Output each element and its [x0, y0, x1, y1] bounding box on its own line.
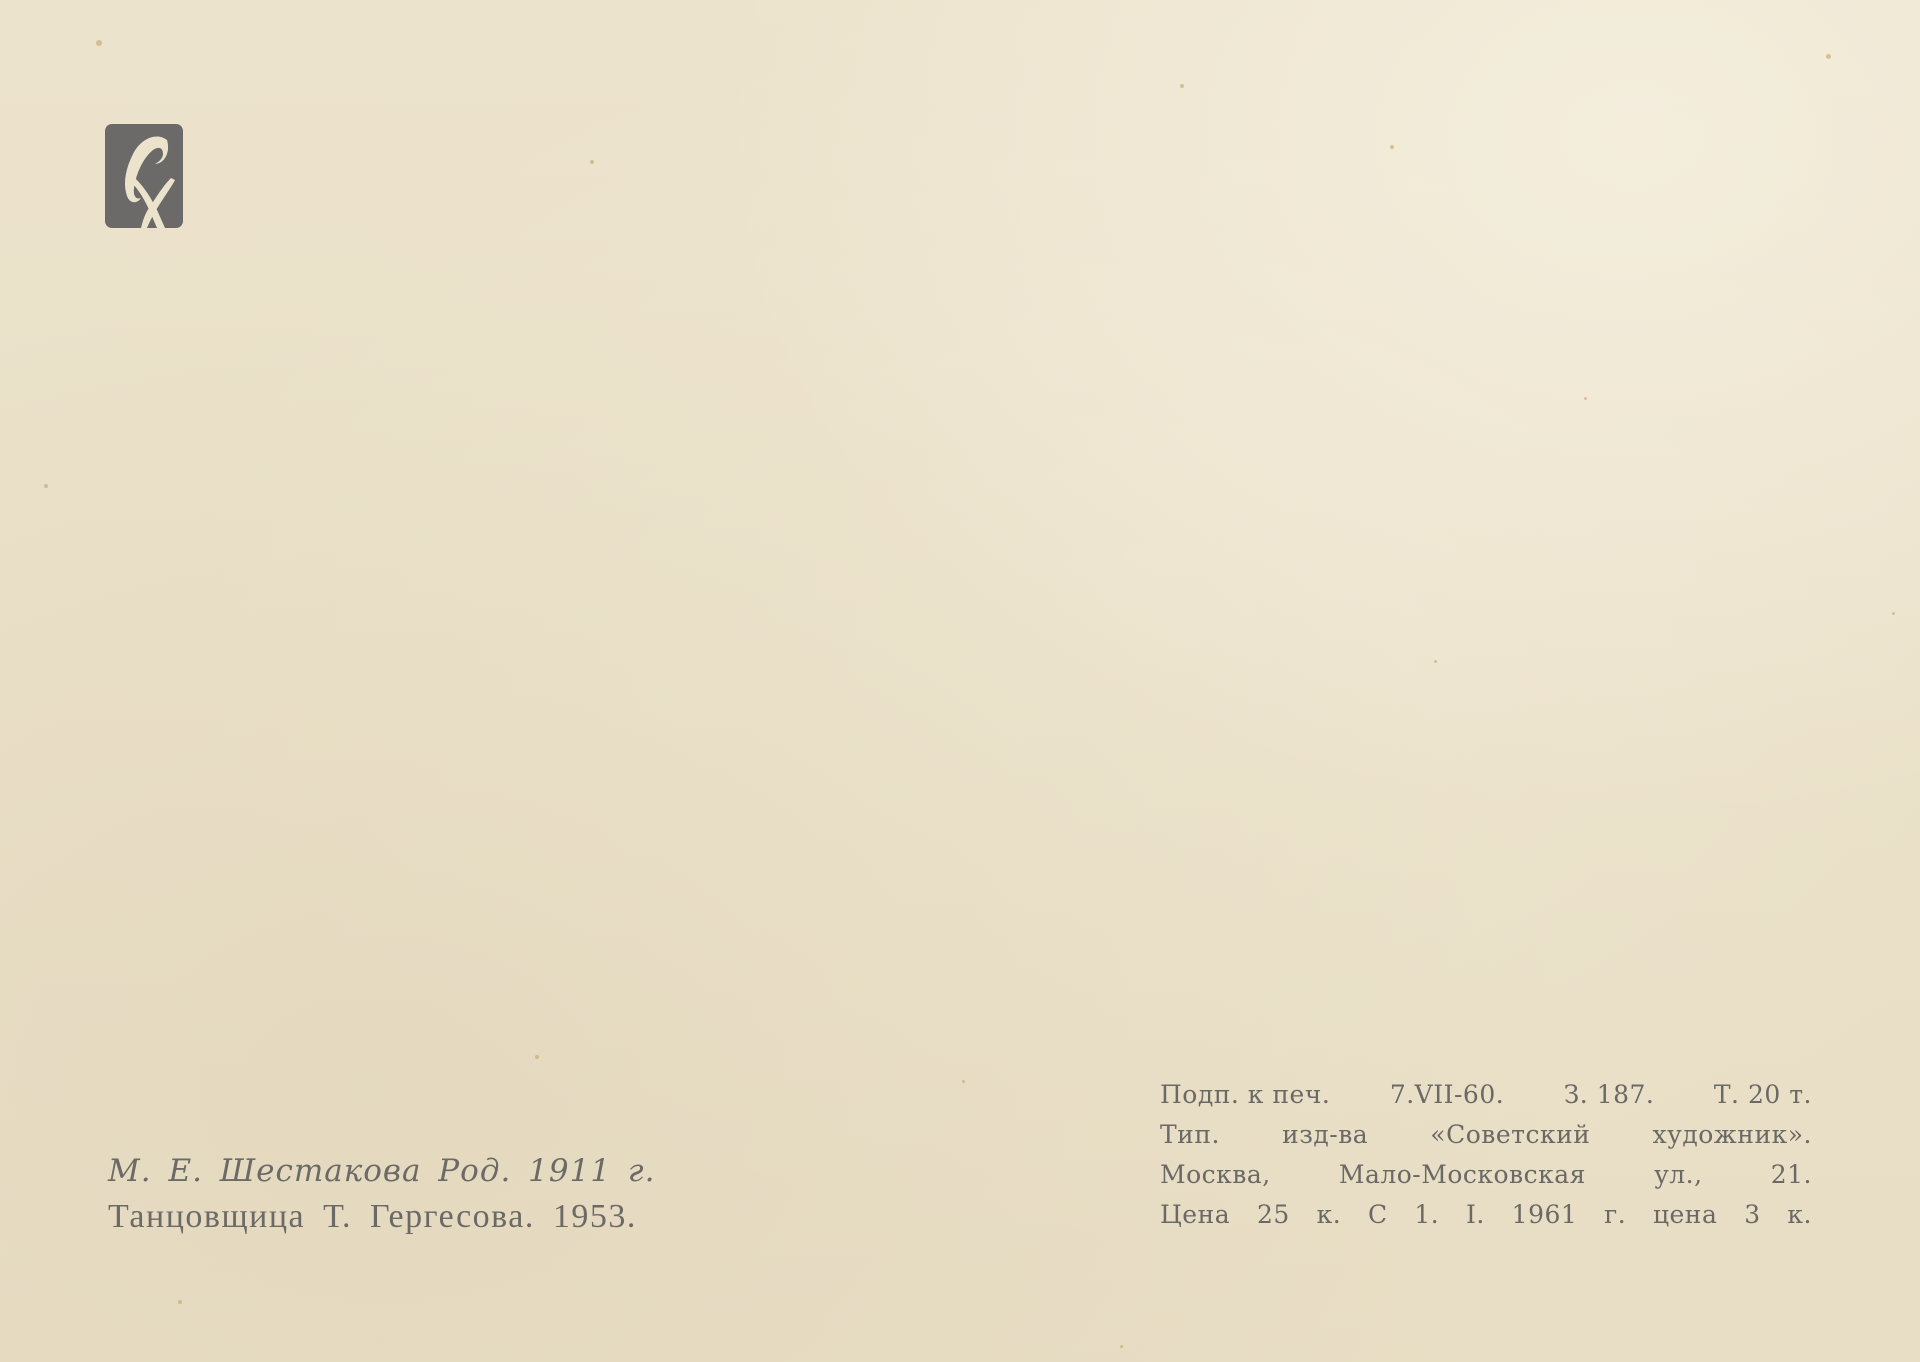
imprint-word: 7.VII-60. [1390, 1075, 1504, 1115]
paper-speck [535, 1055, 539, 1059]
paper-speck [1390, 145, 1394, 149]
imprint-line-address: Москва, Мало-Московская ул., 21. [1160, 1155, 1812, 1195]
imprint-word: изд-ва [1282, 1115, 1368, 1155]
imprint-word: 3 [1744, 1195, 1760, 1235]
imprint-word: 21. [1771, 1155, 1812, 1195]
artwork-title-and-year: Танцовщица Т. Гергесова. 1953. [108, 1194, 655, 1240]
imprint-word: 25 [1257, 1195, 1290, 1235]
imprint-word: г. [1604, 1195, 1626, 1235]
paper-speck [1120, 1345, 1123, 1348]
publisher-monogram-sx-icon [105, 124, 183, 228]
imprint-word: Мало-Московская [1339, 1155, 1586, 1195]
printing-imprint: Подп. к печ. 7.VII-60. З. 187. Т. 20 т. … [1160, 1075, 1812, 1235]
imprint-line-printer: Тип. изд-ва «Советский художник». [1160, 1115, 1812, 1155]
paper-speck [1584, 397, 1587, 400]
imprint-word: Цена [1160, 1195, 1230, 1235]
imprint-line-print-date: Подп. к печ. 7.VII-60. З. 187. Т. 20 т. [1160, 1075, 1812, 1115]
imprint-word: Тип. [1160, 1115, 1220, 1155]
paper-speck [178, 1300, 182, 1304]
imprint-word: 1. [1414, 1195, 1439, 1235]
imprint-word: С [1368, 1195, 1388, 1235]
imprint-word: к. [1787, 1195, 1812, 1235]
imprint-word: 1961 [1512, 1195, 1578, 1235]
imprint-line-price: Цена 25 к. С 1. I. 1961 г. цена 3 к. [1160, 1195, 1812, 1235]
imprint-word: Подп. к печ. [1160, 1075, 1330, 1115]
postcard-back: М. Е. Шестакова Род. 1911 г. Танцовщица … [0, 0, 1920, 1362]
paper-speck [1826, 54, 1831, 59]
imprint-word: к. [1317, 1195, 1342, 1235]
imprint-word: I. [1466, 1195, 1485, 1235]
imprint-word: Т. 20 т. [1714, 1075, 1812, 1115]
paper-speck [1180, 84, 1184, 88]
artwork-caption: М. Е. Шестакова Род. 1911 г. Танцовщица … [108, 1148, 655, 1240]
imprint-word: цена [1653, 1195, 1717, 1235]
paper-speck [1434, 660, 1437, 663]
imprint-word: «Советский [1430, 1115, 1590, 1155]
paper-speck [962, 1080, 965, 1083]
imprint-word: Москва, [1160, 1155, 1271, 1195]
paper-speck [590, 160, 594, 164]
paper-speck [1892, 612, 1895, 615]
artist-name-and-birth-year: М. Е. Шестакова Род. 1911 г. [108, 1148, 655, 1194]
imprint-word: ул., [1654, 1155, 1702, 1195]
paper-speck [44, 484, 48, 488]
paper-speck [96, 40, 102, 46]
imprint-word: З. 187. [1564, 1075, 1655, 1115]
imprint-word: художник». [1653, 1115, 1812, 1155]
